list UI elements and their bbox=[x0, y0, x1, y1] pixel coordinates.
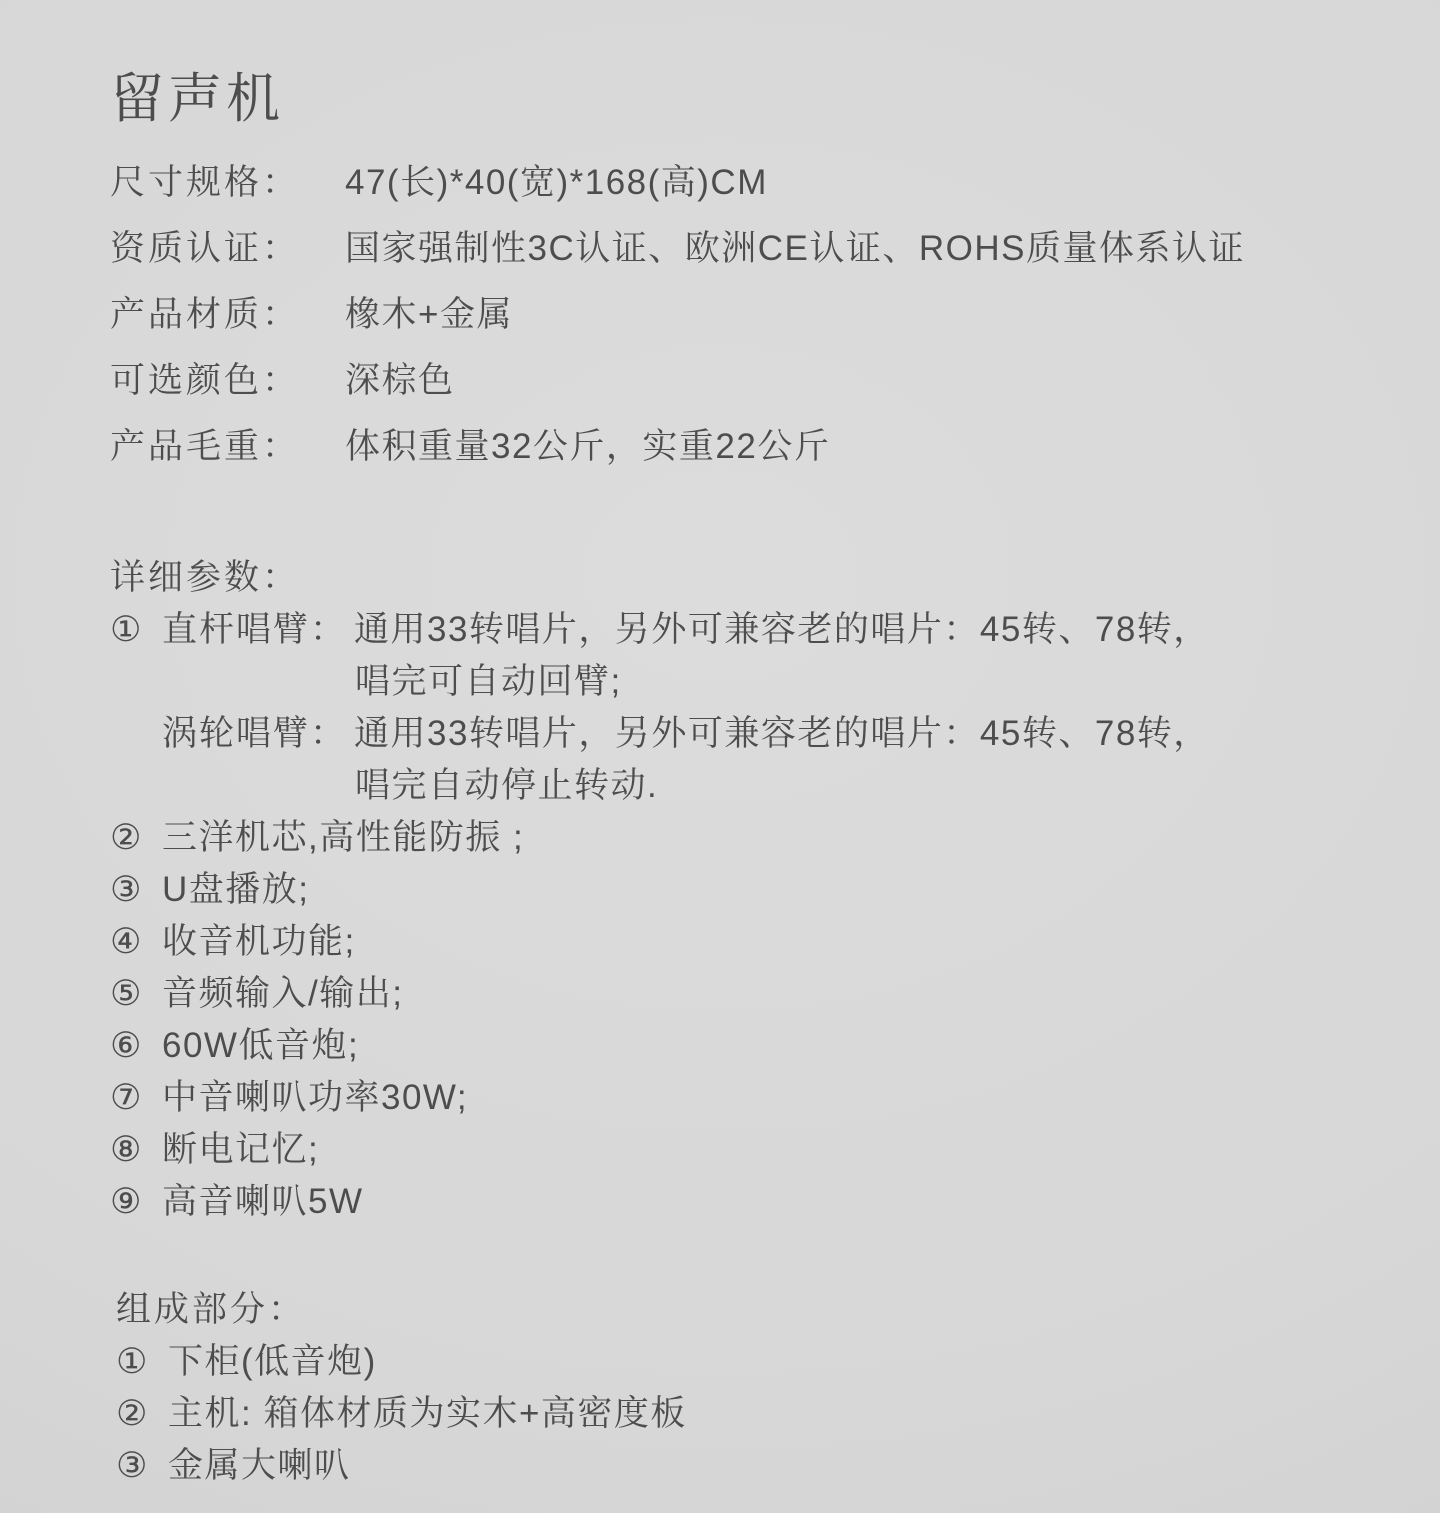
item-marker: ③ bbox=[110, 864, 162, 916]
spec-label: 资质认证： bbox=[110, 216, 345, 282]
item-marker: ① bbox=[110, 604, 162, 656]
tonearm-turbine-label: 涡轮唱臂： bbox=[162, 708, 354, 760]
tonearm-straight-text: 通用33转唱片，另外可兼容老的唱片：45转、78转， bbox=[354, 610, 1210, 649]
tonearm-turbine-continuation: 唱完自动停止转动. bbox=[110, 760, 1390, 812]
detail-item-text: 三洋机芯,高性能防振 ; bbox=[162, 818, 524, 857]
spec-label: 可选颜色： bbox=[110, 348, 345, 414]
item-marker: ④ bbox=[110, 916, 162, 968]
component-item-lower-cabinet: ①下柜(低音炮) bbox=[116, 1336, 1390, 1388]
detail-item-movement: ②三洋机芯,高性能防振 ; bbox=[110, 812, 1390, 864]
detail-item-text: U盘播放; bbox=[162, 870, 310, 909]
components-heading: 组成部分： bbox=[116, 1284, 1390, 1336]
detail-item-text: 音频输入/输出; bbox=[162, 974, 403, 1013]
detail-item-text: 60W低音炮; bbox=[162, 1026, 359, 1065]
item-marker: ② bbox=[116, 1388, 168, 1440]
spec-value: 体积重量32公斤，实重22公斤 bbox=[345, 414, 830, 480]
item-marker: ⑥ bbox=[110, 1020, 162, 1072]
item-marker: ⑦ bbox=[110, 1072, 162, 1124]
item-marker: ⑧ bbox=[110, 1124, 162, 1176]
component-item-text: 金属大喇叭 bbox=[168, 1446, 351, 1485]
detail-item-usb: ③U盘播放; bbox=[110, 864, 1390, 916]
details-heading: 详细参数： bbox=[110, 552, 1390, 604]
spec-row-color: 可选颜色： 深棕色 bbox=[110, 348, 1390, 414]
component-item-text: 主机: 箱体材质为实木+高密度板 bbox=[168, 1394, 687, 1433]
spec-label: 产品材质： bbox=[110, 282, 345, 348]
product-spec-page: 留声机 尺寸规格： 47(长)*40(宽)*168(高)CM 资质认证： 国家强… bbox=[0, 0, 1440, 1513]
spec-value: 深棕色 bbox=[345, 348, 455, 414]
detail-item-tweeter: ⑨高音喇叭5W bbox=[110, 1176, 1390, 1228]
detail-item-audio-io: ⑤音频输入/输出; bbox=[110, 968, 1390, 1020]
component-item-text: 下柜(低音炮) bbox=[168, 1342, 377, 1381]
components-section: 组成部分： ①下柜(低音炮) ②主机: 箱体材质为实木+高密度板 ③金属大喇叭 bbox=[110, 1284, 1390, 1492]
product-title: 留声机 bbox=[110, 68, 1390, 130]
tonearm-straight-label: 直杆唱臂： bbox=[162, 604, 354, 656]
detail-item-midrange: ⑦中音喇叭功率30W; bbox=[110, 1072, 1390, 1124]
tonearm-turbine-text: 通用33转唱片，另外可兼容老的唱片：45转、78转， bbox=[354, 714, 1210, 753]
detail-item-text: 断电记忆; bbox=[162, 1130, 319, 1169]
detail-item-text: 中音喇叭功率30W; bbox=[162, 1078, 468, 1117]
spec-value: 47(长)*40(宽)*168(高)CM bbox=[345, 150, 768, 216]
item-marker: ① bbox=[116, 1336, 168, 1388]
spec-row-weight: 产品毛重： 体积重量32公斤，实重22公斤 bbox=[110, 414, 1390, 480]
item-marker: ⑤ bbox=[110, 968, 162, 1020]
item-marker: ③ bbox=[116, 1440, 168, 1492]
detail-item-memory: ⑧断电记忆; bbox=[110, 1124, 1390, 1176]
spec-label: 产品毛重： bbox=[110, 414, 345, 480]
component-item-metal-horn: ③金属大喇叭 bbox=[116, 1440, 1390, 1492]
detail-item-subwoofer: ⑥60W低音炮; bbox=[110, 1020, 1390, 1072]
detail-item-text: 收音机功能; bbox=[162, 922, 356, 961]
tonearm-straight-continuation: 唱完可自动回臂; bbox=[110, 656, 1390, 708]
spec-value: 国家强制性3C认证、欧洲CE认证、ROHS质量体系认证 bbox=[345, 216, 1245, 282]
spec-row-material: 产品材质： 橡木+金属 bbox=[110, 282, 1390, 348]
component-item-main-unit: ②主机: 箱体材质为实木+高密度板 bbox=[116, 1388, 1390, 1440]
detail-item-tonearm-turbine: 涡轮唱臂：通用33转唱片，另外可兼容老的唱片：45转、78转， bbox=[110, 708, 1390, 760]
item-marker: ② bbox=[110, 812, 162, 864]
spec-value: 橡木+金属 bbox=[345, 282, 513, 348]
details-section: 详细参数： ①直杆唱臂：通用33转唱片，另外可兼容老的唱片：45转、78转， 唱… bbox=[110, 552, 1390, 1228]
spec-row-size: 尺寸规格： 47(长)*40(宽)*168(高)CM bbox=[110, 150, 1390, 216]
detail-item-radio: ④收音机功能; bbox=[110, 916, 1390, 968]
spec-label: 尺寸规格： bbox=[110, 150, 345, 216]
detail-item-tonearm-straight: ①直杆唱臂：通用33转唱片，另外可兼容老的唱片：45转、78转， bbox=[110, 604, 1390, 656]
spec-row-certification: 资质认证： 国家强制性3C认证、欧洲CE认证、ROHS质量体系认证 bbox=[110, 216, 1390, 282]
spec-list: 尺寸规格： 47(长)*40(宽)*168(高)CM 资质认证： 国家强制性3C… bbox=[110, 150, 1390, 480]
item-marker: ⑨ bbox=[110, 1176, 162, 1228]
detail-item-text: 高音喇叭5W bbox=[162, 1182, 364, 1221]
